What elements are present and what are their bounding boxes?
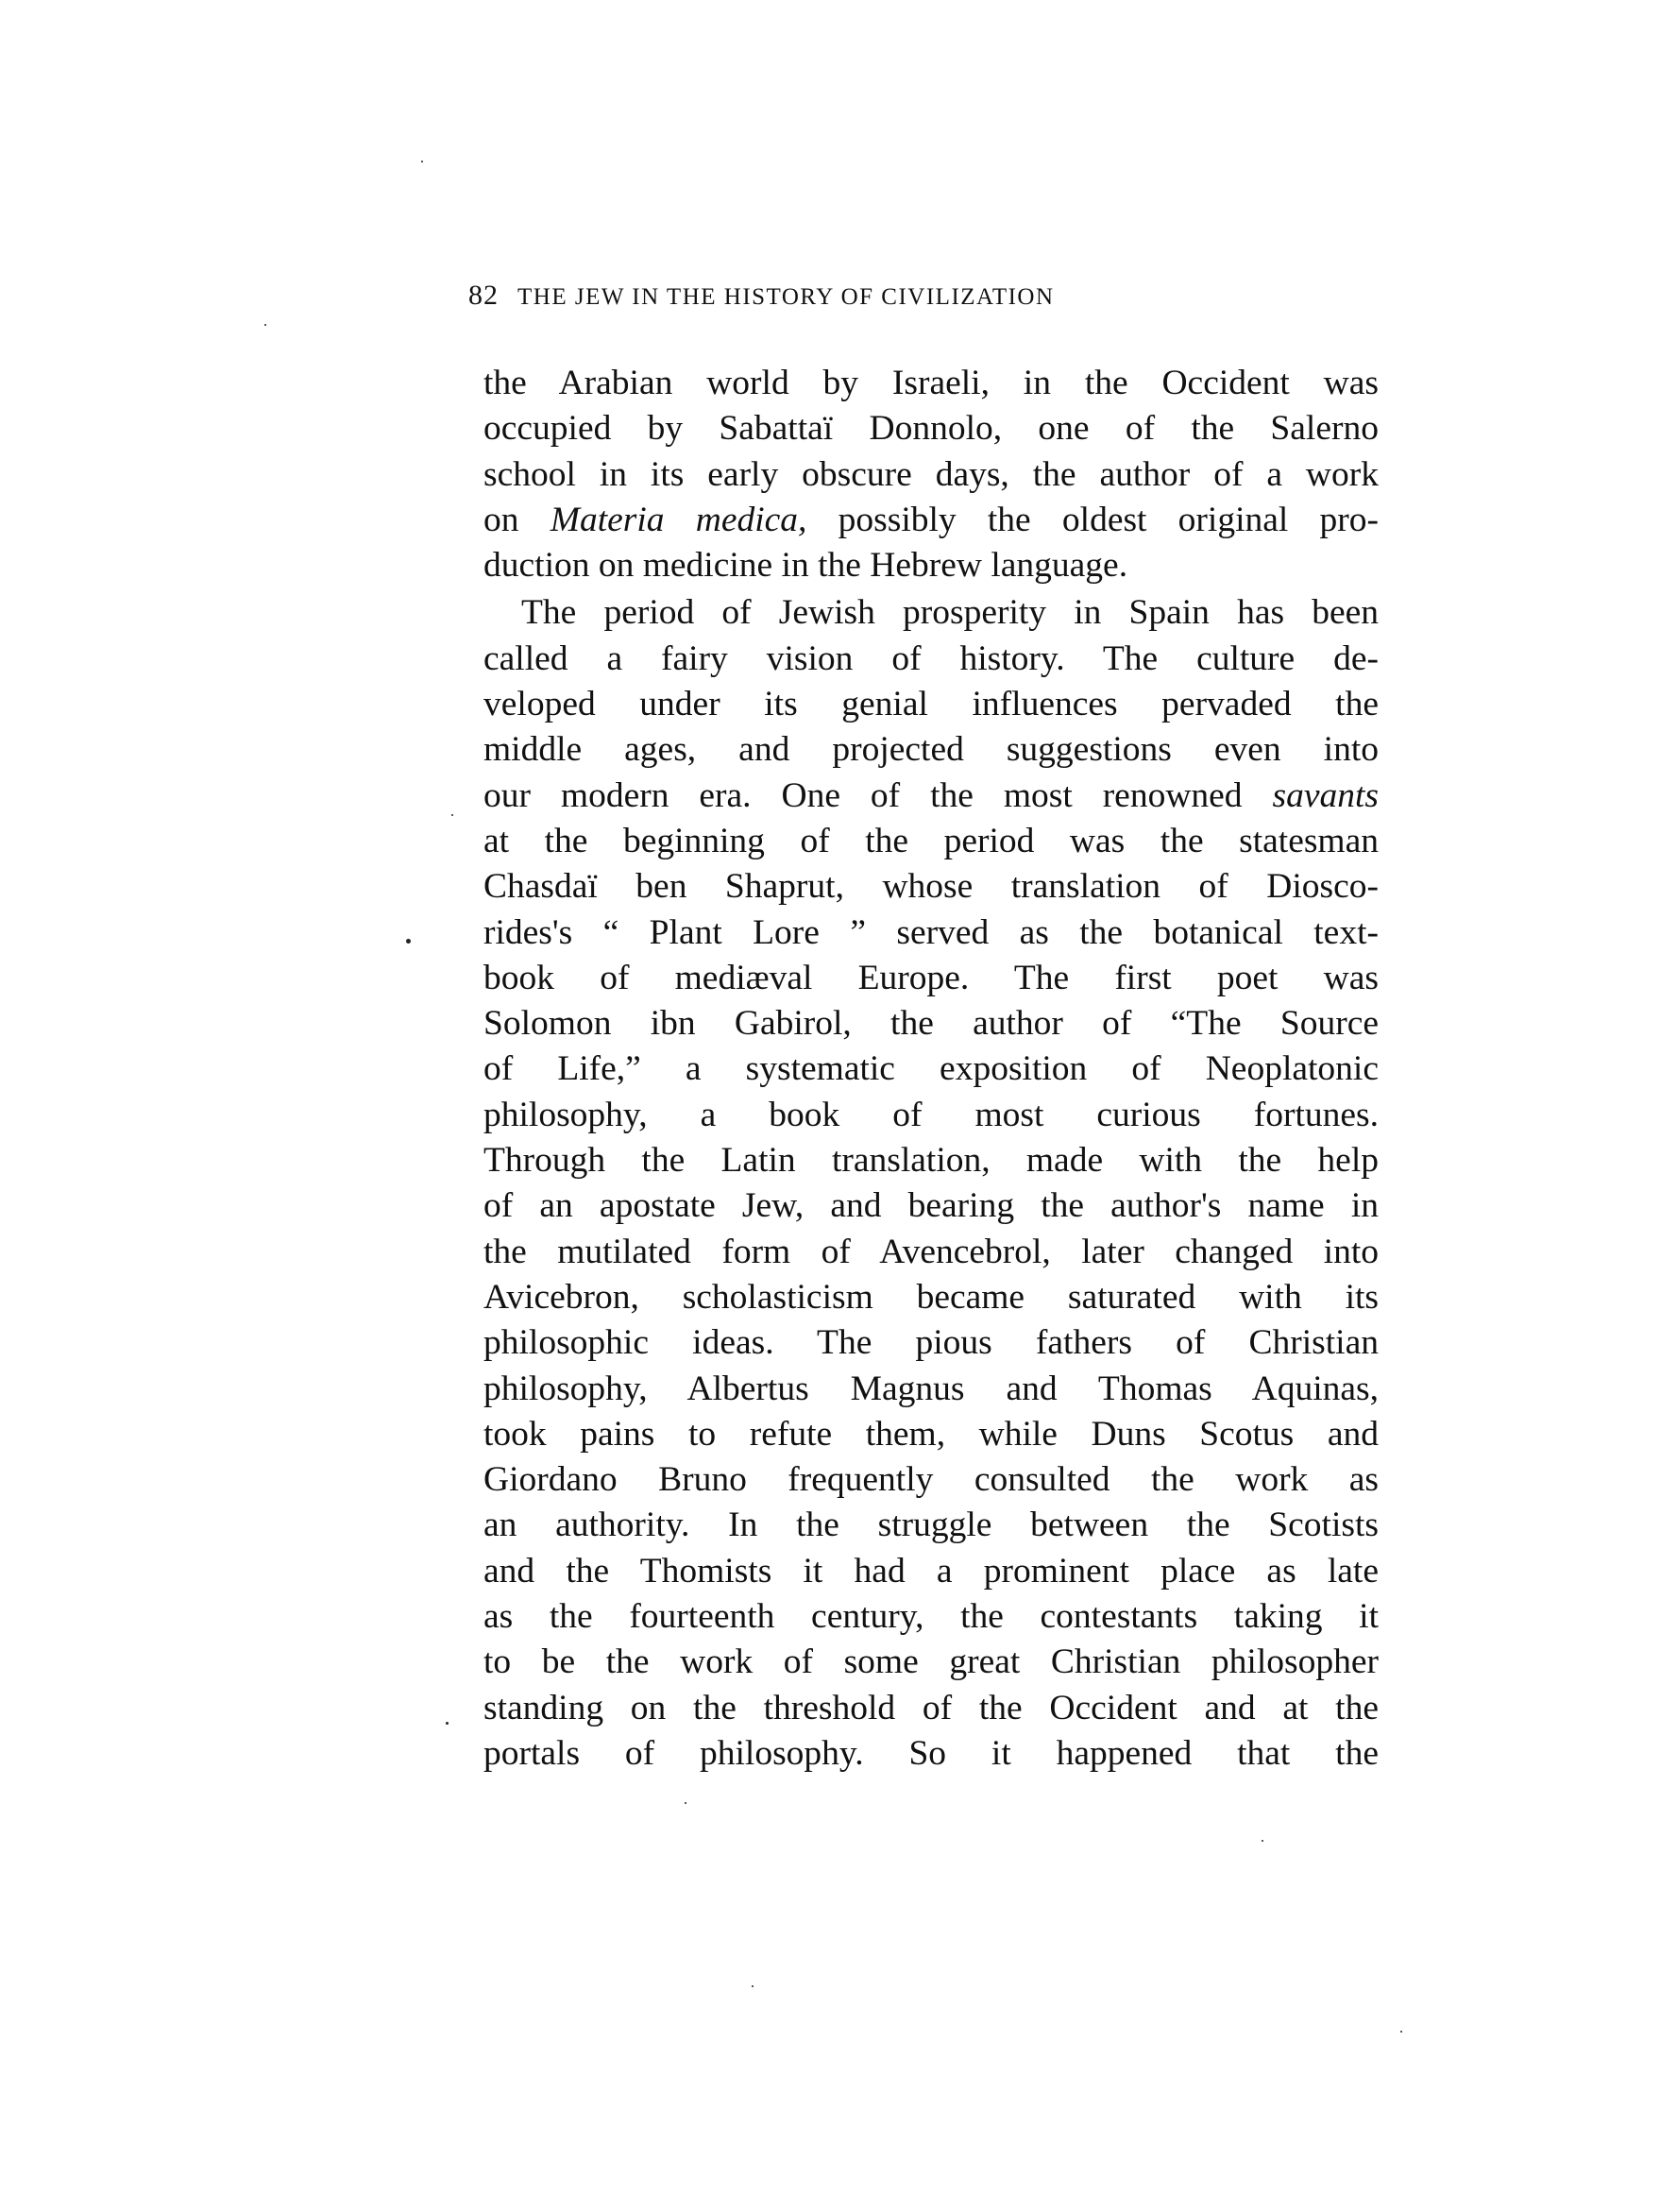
body-text: the Arabian world by Israeli, in the Occ… (483, 361, 1379, 1777)
scan-speck (451, 814, 453, 816)
text-line: middle ages, and projected suggestions e… (483, 727, 1379, 773)
paragraph-1: the Arabian world by Israeli, in the Occ… (483, 361, 1379, 588)
scan-speck (1400, 2031, 1402, 2033)
text-line: of an apostate Jew, and bearing the auth… (483, 1183, 1379, 1229)
text-line: philosophy, a book of most curious fortu… (483, 1093, 1379, 1138)
text-line: book of mediæval Europe. The first poet … (483, 956, 1379, 1001)
text-line: Solomon ibn Gabirol, the author of “The … (483, 1001, 1379, 1046)
scan-speck (446, 1722, 449, 1725)
text-line: philosophic ideas. The pious fathers of … (483, 1320, 1379, 1366)
text-line: our modern era. One of the most renowned… (483, 774, 1379, 819)
text-line: at the beginning of the period was the s… (483, 819, 1379, 864)
text-line: took pains to refute them, while Duns Sc… (483, 1412, 1379, 1457)
text-line: as the fourteenth century, the contestan… (483, 1594, 1379, 1640)
text-line: occupied by Sabattaï Donnolo, one of the… (483, 406, 1379, 451)
text-line: the mutilated form of Avencebrol, later … (483, 1230, 1379, 1275)
text-line: veloped under its genial influences perv… (483, 682, 1379, 727)
text-line: duction on medicine in the Hebrew langua… (483, 543, 1379, 588)
scan-speck (1262, 1840, 1263, 1842)
text-line: on Materia medica, possibly the oldest o… (483, 498, 1379, 543)
text-segment: possibly the oldest original pro- (806, 501, 1379, 539)
text-line: Through the Latin translation, made with… (483, 1138, 1379, 1183)
text-line: to be the work of some great Christian p… (483, 1640, 1379, 1685)
text-line: Avicebron, scholasticism became saturate… (483, 1275, 1379, 1320)
text-line: of Life,” a systematic exposition of Neo… (483, 1046, 1379, 1092)
text-line: called a fairy vision of history. The cu… (483, 637, 1379, 682)
text-segment: our modern era. One of the most renowned (483, 776, 1273, 815)
text-segment: on (483, 501, 551, 539)
paragraph-2: The period of Jewish prosperity in Spain… (483, 590, 1379, 1777)
scan-speck (685, 1802, 686, 1804)
text-line: and the Thomists it had a prominent plac… (483, 1549, 1379, 1594)
running-header: 82 THE JEW IN THE HISTORY OF CIVILIZATIO… (468, 280, 1314, 312)
text-line: portals of philosophy. So it happened th… (483, 1731, 1379, 1777)
text-line: The period of Jewish prosperity in Spain… (483, 590, 1379, 636)
text-line: standing on the threshold of the Occiden… (483, 1686, 1379, 1731)
text-line: rides's “ Plant Lore ” served as the bot… (483, 910, 1379, 956)
text-line: the Arabian world by Israeli, in the Occ… (483, 361, 1379, 406)
italic-term-savants: savants (1273, 776, 1380, 815)
text-line: school in its early obscure days, the au… (483, 452, 1379, 498)
text-line: Chasdaï ben Shaprut, whose translation o… (483, 864, 1379, 910)
scan-speck (406, 939, 411, 944)
book-page: 82 THE JEW IN THE HISTORY OF CIVILIZATIO… (0, 0, 1660, 2212)
running-title: THE JEW IN THE HISTORY OF CIVILIZATION (517, 284, 1055, 311)
text-line: Giordano Bruno frequently consulted the … (483, 1457, 1379, 1503)
page-number: 82 (468, 280, 499, 312)
text-line: an authority. In the struggle between th… (483, 1503, 1379, 1548)
text-line: philosophy, Albertus Magnus and Thomas A… (483, 1367, 1379, 1412)
scan-speck (264, 324, 266, 326)
italic-term-materia-medica: Materia medica, (551, 501, 807, 539)
scan-speck (752, 1985, 754, 1987)
scan-speck (421, 161, 423, 162)
